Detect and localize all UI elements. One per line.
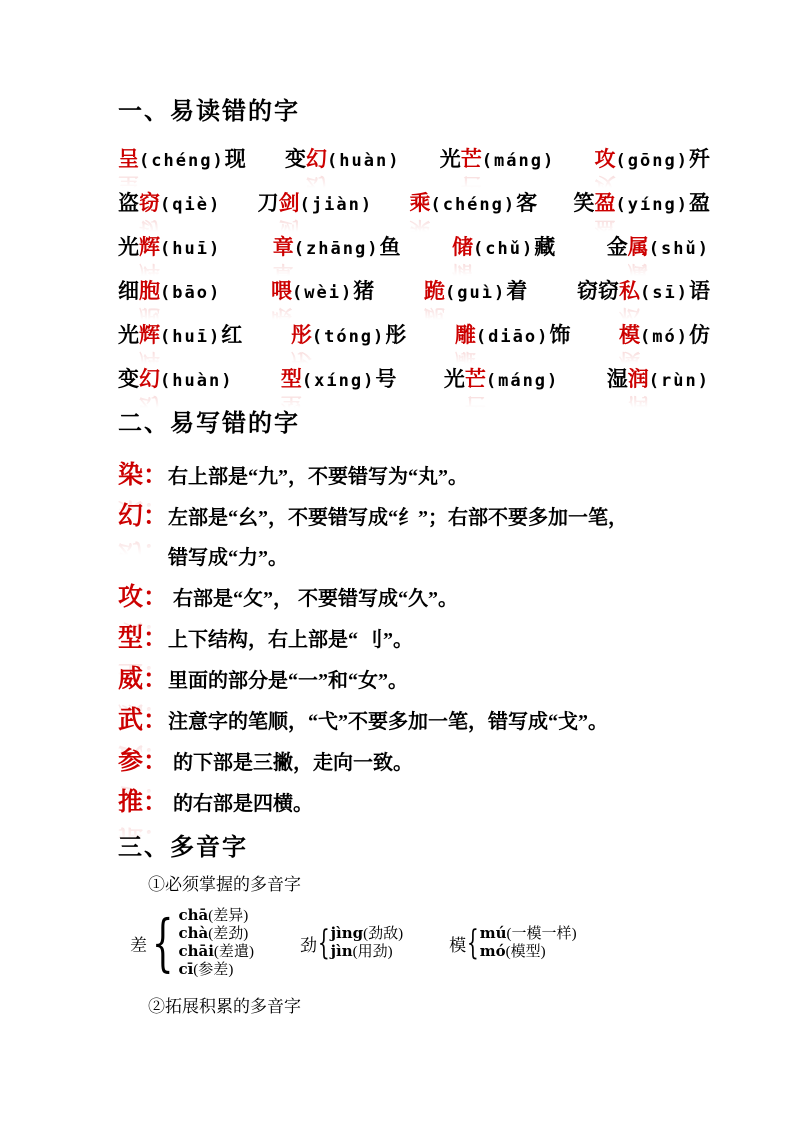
- entry-pinyin: mú: [480, 924, 507, 942]
- polyphone-entry: cī参差: [178, 961, 253, 979]
- note-line: 的右部是四横。: [168, 784, 728, 824]
- word-pinyin: zhāng: [294, 239, 380, 259]
- note-xing: 型： 上下结构，右上部是“ 刂”。: [118, 619, 728, 660]
- word-suffix: 语: [689, 279, 710, 303]
- polyphone-entries: jìng劲敌 jìn用劲: [331, 925, 404, 961]
- word-suffix: 猪: [353, 279, 374, 303]
- word-pinyin: jiàn: [300, 195, 373, 215]
- note-character: 推：: [118, 783, 168, 823]
- word-prefix: 盗: [118, 191, 139, 215]
- polyphone-character: 差: [130, 931, 147, 956]
- note-tui: 推： 的右部是四横。: [118, 783, 728, 824]
- note-line: 上下结构，右上部是“ 刂”。: [168, 620, 728, 660]
- word-item: 变幻huàn: [285, 144, 400, 176]
- note-text: 左部是“幺”，不要错写成“纟”；右部不要多加一笔，错写成“力”。: [168, 498, 728, 578]
- polyphone-entry: chā差异: [178, 907, 253, 925]
- word-item: 雕diāo饰: [455, 320, 570, 352]
- word-row-5: 光辉huī红 彤tóng彤 雕diāo饰 模mó仿: [118, 320, 710, 352]
- word-pinyin: huī: [160, 327, 221, 347]
- word-suffix: 鱼: [379, 235, 400, 259]
- note-can: 参： 的下部是三撇，走向一致。: [118, 742, 728, 783]
- word-red-char: 幻: [139, 364, 160, 394]
- word-red-char: 窃: [139, 188, 160, 218]
- word-row-4: 细胞bāo 喂wèi猪 跪guì着 窃窃私sī语: [118, 276, 710, 308]
- word-suffix: 号: [375, 367, 396, 391]
- word-item: 呈chéng现: [118, 144, 246, 176]
- word-pinyin: chéng: [139, 151, 225, 171]
- word-pinyin: chǔ: [473, 239, 534, 259]
- note-wei: 威： 里面的部分是“一”和“女”。: [118, 660, 728, 701]
- word-red-char: 模: [619, 320, 640, 350]
- word-red-char: 私: [619, 276, 640, 306]
- polyphone-entry: chà差劲: [178, 925, 253, 943]
- word-red-char: 喂: [271, 276, 292, 306]
- entry-pinyin: mó: [480, 942, 506, 960]
- word-item: 跪guì着: [424, 276, 527, 308]
- brace-icon: {: [467, 924, 479, 962]
- word-item: 喂wèi猪: [271, 276, 374, 308]
- word-prefix: 光: [118, 235, 139, 259]
- word-suffix: 现: [225, 147, 246, 171]
- polyphone-group-mo: 模 { mú一模一样 mó模型: [449, 924, 576, 962]
- entry-pinyin: chà: [178, 924, 208, 942]
- word-red-char: 芒: [461, 144, 482, 174]
- word-pinyin: chéng: [430, 195, 516, 215]
- entry-pinyin: jìn: [331, 942, 353, 960]
- word-item: 乘chéng客: [409, 188, 537, 220]
- word-item: 金属shǔ: [607, 232, 710, 264]
- word-suffix: 藏: [534, 235, 555, 259]
- word-suffix: 歼: [689, 147, 710, 171]
- word-pinyin: máng: [486, 371, 559, 391]
- word-prefix: 变: [118, 367, 139, 391]
- polyphone-entries: chā差异 chà差劲 chāi差遣 cī参差: [178, 907, 253, 979]
- word-pinyin: qiè: [160, 195, 221, 215]
- word-item: 刀剑jiàn: [258, 188, 373, 220]
- entry-word: 一模一样: [507, 926, 577, 942]
- word-red-char: 芒: [465, 364, 486, 394]
- polyphone-group-cha: 差 { chā差异 chà差劲 chāi差遣 cī参差: [130, 907, 254, 979]
- section3-title: 三、多音字: [118, 832, 724, 864]
- word-prefix: 光: [440, 147, 461, 171]
- polyphone-character: 劲: [300, 931, 317, 956]
- word-red-char: 润: [628, 364, 649, 394]
- misread-word-list: 呈chéng现 变幻huàn 光芒máng 攻gōng歼 盗窃qiè 刀剑jià…: [118, 144, 710, 396]
- word-red-char: 雕: [455, 320, 476, 350]
- note-character: 武：: [118, 701, 168, 741]
- polyphone-group-jin: 劲 { jìng劲敌 jìn用劲: [300, 924, 403, 962]
- word-row-3: 光辉huī 章zhāng鱼 储chǔ藏 金属shǔ: [118, 232, 710, 264]
- word-red-char: 章: [273, 232, 294, 262]
- word-prefix: 窃窃: [577, 279, 619, 303]
- word-red-char: 剑: [279, 188, 300, 218]
- word-item: 窃窃私sī语: [577, 276, 710, 308]
- polyphone-entry: jìn用劲: [331, 943, 404, 961]
- entry-word: 差异: [208, 908, 248, 924]
- word-red-char: 辉: [139, 320, 160, 350]
- entry-word: 差遣: [214, 944, 254, 960]
- word-prefix: 刀: [258, 191, 279, 215]
- note-line: 里面的部分是“一”和“女”。: [168, 661, 728, 701]
- word-pinyin: gōng: [616, 151, 689, 171]
- word-red-char: 辉: [139, 232, 160, 262]
- note-character: 幻：: [118, 497, 168, 537]
- word-red-char: 呈: [118, 144, 139, 174]
- note-character: 型：: [118, 619, 168, 659]
- word-red-char: 乘: [409, 188, 430, 218]
- word-suffix: 彤: [385, 323, 406, 347]
- word-red-char: 跪: [424, 276, 445, 306]
- word-suffix: 盈: [689, 191, 710, 215]
- word-prefix: 金: [607, 235, 628, 259]
- document-page: 一、易读错的字 呈chéng现 变幻huàn 光芒máng 攻gōng歼 盗窃q…: [0, 0, 794, 1123]
- word-item: 湿润rùn: [607, 364, 710, 396]
- word-suffix: 客: [516, 191, 537, 215]
- word-suffix: 着: [506, 279, 527, 303]
- word-red-char: 型: [281, 364, 302, 394]
- word-pinyin: rùn: [649, 371, 710, 391]
- word-red-char: 属: [628, 232, 649, 262]
- entry-word: 用劲: [353, 944, 393, 960]
- word-prefix: 变: [285, 147, 306, 171]
- word-pinyin: xíng: [302, 371, 375, 391]
- word-pinyin: mó: [640, 327, 689, 347]
- polyphone-entry: chāi差遣: [178, 943, 253, 961]
- word-pinyin: huī: [160, 239, 221, 259]
- entry-word: 参差: [193, 962, 233, 978]
- word-item: 变幻huàn: [118, 364, 233, 396]
- word-red-char: 幻: [306, 144, 327, 174]
- word-pinyin: huàn: [160, 371, 233, 391]
- word-prefix: 笑: [574, 191, 595, 215]
- word-suffix: 饰: [549, 323, 570, 347]
- polyphone-subheading-1: ①必须掌握的多音字: [148, 874, 724, 896]
- section2-title: 二、易写错的字: [118, 408, 724, 440]
- polyphone-groups: 差 { chā差异 chà差劲 chāi差遣 cī参差 劲 { jìng劲敌 j…: [130, 904, 724, 982]
- note-text: 右上部是“九”，不要错写为“丸”。: [168, 457, 728, 497]
- miswrite-note-list: 染： 右上部是“九”，不要错写为“丸”。 幻： 左部是“幺”，不要错写成“纟”；…: [118, 456, 728, 824]
- word-item: 光辉huī红: [118, 320, 242, 352]
- word-row-1: 呈chéng现 变幻huàn 光芒máng 攻gōng歼: [118, 144, 710, 176]
- note-character: 染：: [118, 456, 168, 496]
- entry-pinyin: cī: [178, 960, 193, 978]
- entry-word: 劲敌: [363, 926, 403, 942]
- word-red-char: 胞: [139, 276, 160, 306]
- entry-word: 模型: [506, 944, 546, 960]
- polyphone-entry: mú一模一样: [480, 925, 577, 943]
- word-item: 光辉huī: [118, 232, 221, 264]
- word-row-2: 盗窃qiè 刀剑jiàn 乘chéng客 笑盈yíng盈: [118, 188, 710, 220]
- word-pinyin: shǔ: [649, 239, 710, 259]
- brace-icon: {: [152, 909, 174, 977]
- word-prefix: 光: [444, 367, 465, 391]
- word-red-char: 盈: [595, 188, 616, 218]
- note-text: 注意字的笔顺，“弋”不要多加一笔，错写成“戈”。: [168, 702, 728, 742]
- word-suffix: 红: [221, 323, 242, 347]
- polyphone-subheading-2: ②拓展积累的多音字: [148, 996, 724, 1018]
- note-text: 里面的部分是“一”和“女”。: [168, 661, 728, 701]
- word-pinyin: máng: [482, 151, 555, 171]
- word-item: 型xíng号: [281, 364, 396, 396]
- polyphone-entry: mó模型: [480, 943, 577, 961]
- note-gong: 攻： 右部是“攵”， 不要错写成“久”。: [118, 578, 728, 619]
- word-pinyin: huàn: [327, 151, 400, 171]
- word-item: 攻gōng歼: [595, 144, 710, 176]
- note-line: 左部是“幺”，不要错写成“纟”；右部不要多加一笔，: [168, 498, 728, 538]
- entry-pinyin: chāi: [178, 942, 213, 960]
- word-item: 彤tóng彤: [291, 320, 406, 352]
- note-character: 威：: [118, 660, 168, 700]
- note-text: 的右部是四横。: [168, 784, 728, 824]
- word-prefix: 湿: [607, 367, 628, 391]
- note-line: 右上部是“九”，不要错写为“丸”。: [168, 457, 728, 497]
- word-row-6: 变幻huàn 型xíng号 光芒máng 湿润rùn: [118, 364, 710, 396]
- note-text: 的下部是三撇，走向一致。: [168, 743, 728, 783]
- note-character: 参：: [118, 742, 168, 782]
- word-prefix: 光: [118, 323, 139, 347]
- word-pinyin: sī: [640, 283, 689, 303]
- entry-word: 差劲: [208, 926, 248, 942]
- polyphone-entry: jìng劲敌: [331, 925, 404, 943]
- note-line: 右部是“攵”， 不要错写成“久”。: [168, 579, 728, 619]
- word-item: 光芒máng: [440, 144, 555, 176]
- note-character: 攻：: [118, 578, 168, 618]
- word-item: 笑盈yíng盈: [574, 188, 710, 220]
- word-red-char: 彤: [291, 320, 312, 350]
- word-red-char: 攻: [595, 144, 616, 174]
- note-huan: 幻： 左部是“幺”，不要错写成“纟”；右部不要多加一笔，错写成“力”。: [118, 497, 728, 578]
- word-pinyin: diāo: [476, 327, 549, 347]
- word-pinyin: tóng: [312, 327, 385, 347]
- word-pinyin: guì: [445, 283, 506, 303]
- word-item: 光芒máng: [444, 364, 559, 396]
- brace-icon: {: [318, 924, 330, 962]
- word-pinyin: yíng: [616, 195, 689, 215]
- note-wu: 武： 注意字的笔顺，“弋”不要多加一笔，错写成“戈”。: [118, 701, 728, 742]
- entry-pinyin: jìng: [331, 924, 364, 942]
- entry-pinyin: chā: [178, 906, 208, 924]
- polyphone-character: 模: [449, 931, 466, 956]
- note-text: 右部是“攵”， 不要错写成“久”。: [168, 579, 728, 619]
- note-line: 注意字的笔顺，“弋”不要多加一笔，错写成“戈”。: [168, 702, 728, 742]
- word-pinyin: wèi: [292, 283, 353, 303]
- word-item: 章zhāng鱼: [273, 232, 401, 264]
- word-prefix: 细: [118, 279, 139, 303]
- polyphone-entries: mú一模一样 mó模型: [480, 925, 577, 961]
- note-ran: 染： 右上部是“九”，不要错写为“丸”。: [118, 456, 728, 497]
- note-line: 的下部是三撇，走向一致。: [168, 743, 728, 783]
- note-line: 错写成“力”。: [168, 538, 728, 578]
- word-item: 盗窃qiè: [118, 188, 221, 220]
- section1-title: 一、易读错的字: [118, 96, 724, 128]
- word-item: 储chǔ藏: [452, 232, 555, 264]
- word-suffix: 仿: [689, 323, 710, 347]
- word-item: 模mó仿: [619, 320, 710, 352]
- note-text: 上下结构，右上部是“ 刂”。: [168, 620, 728, 660]
- word-item: 细胞bāo: [118, 276, 221, 308]
- word-pinyin: bāo: [160, 283, 221, 303]
- word-red-char: 储: [452, 232, 473, 262]
